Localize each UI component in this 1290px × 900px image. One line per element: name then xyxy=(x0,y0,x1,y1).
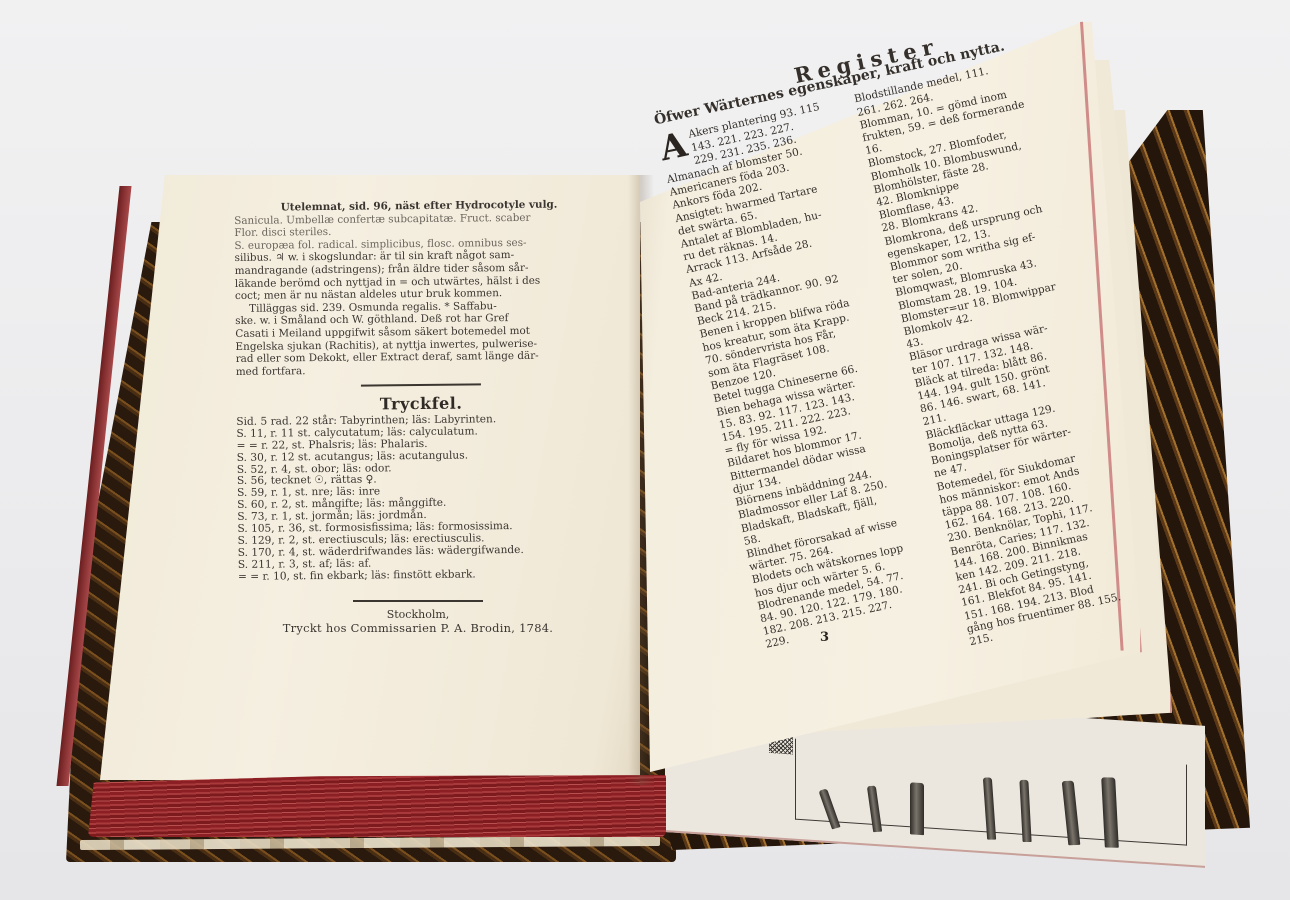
imprint-city: Stockholm, xyxy=(248,608,588,621)
red-stained-fore-edge xyxy=(88,775,666,837)
signature-mark: 3 xyxy=(820,630,829,645)
imprint-rule xyxy=(353,600,483,602)
plate-figure xyxy=(910,782,924,835)
left-page-text: Utelemnat, sid. 96, näst efter Hydrocoty… xyxy=(234,198,608,583)
imprint-printer: Tryckt hos Commissarien P. A. Brodin, 17… xyxy=(248,621,588,635)
section-rule xyxy=(361,384,481,387)
imprint: Stockholm, Tryckt hos Commissarien P. A.… xyxy=(248,600,588,635)
errata-list: Sid. 5 rad. 22 står: Tabyrinthen; läs: L… xyxy=(236,413,608,584)
book-photograph: Utelemnat, sid. 96, näst efter Hydrocoty… xyxy=(0,0,1290,900)
errata-title: Tryckfel. xyxy=(236,396,606,412)
